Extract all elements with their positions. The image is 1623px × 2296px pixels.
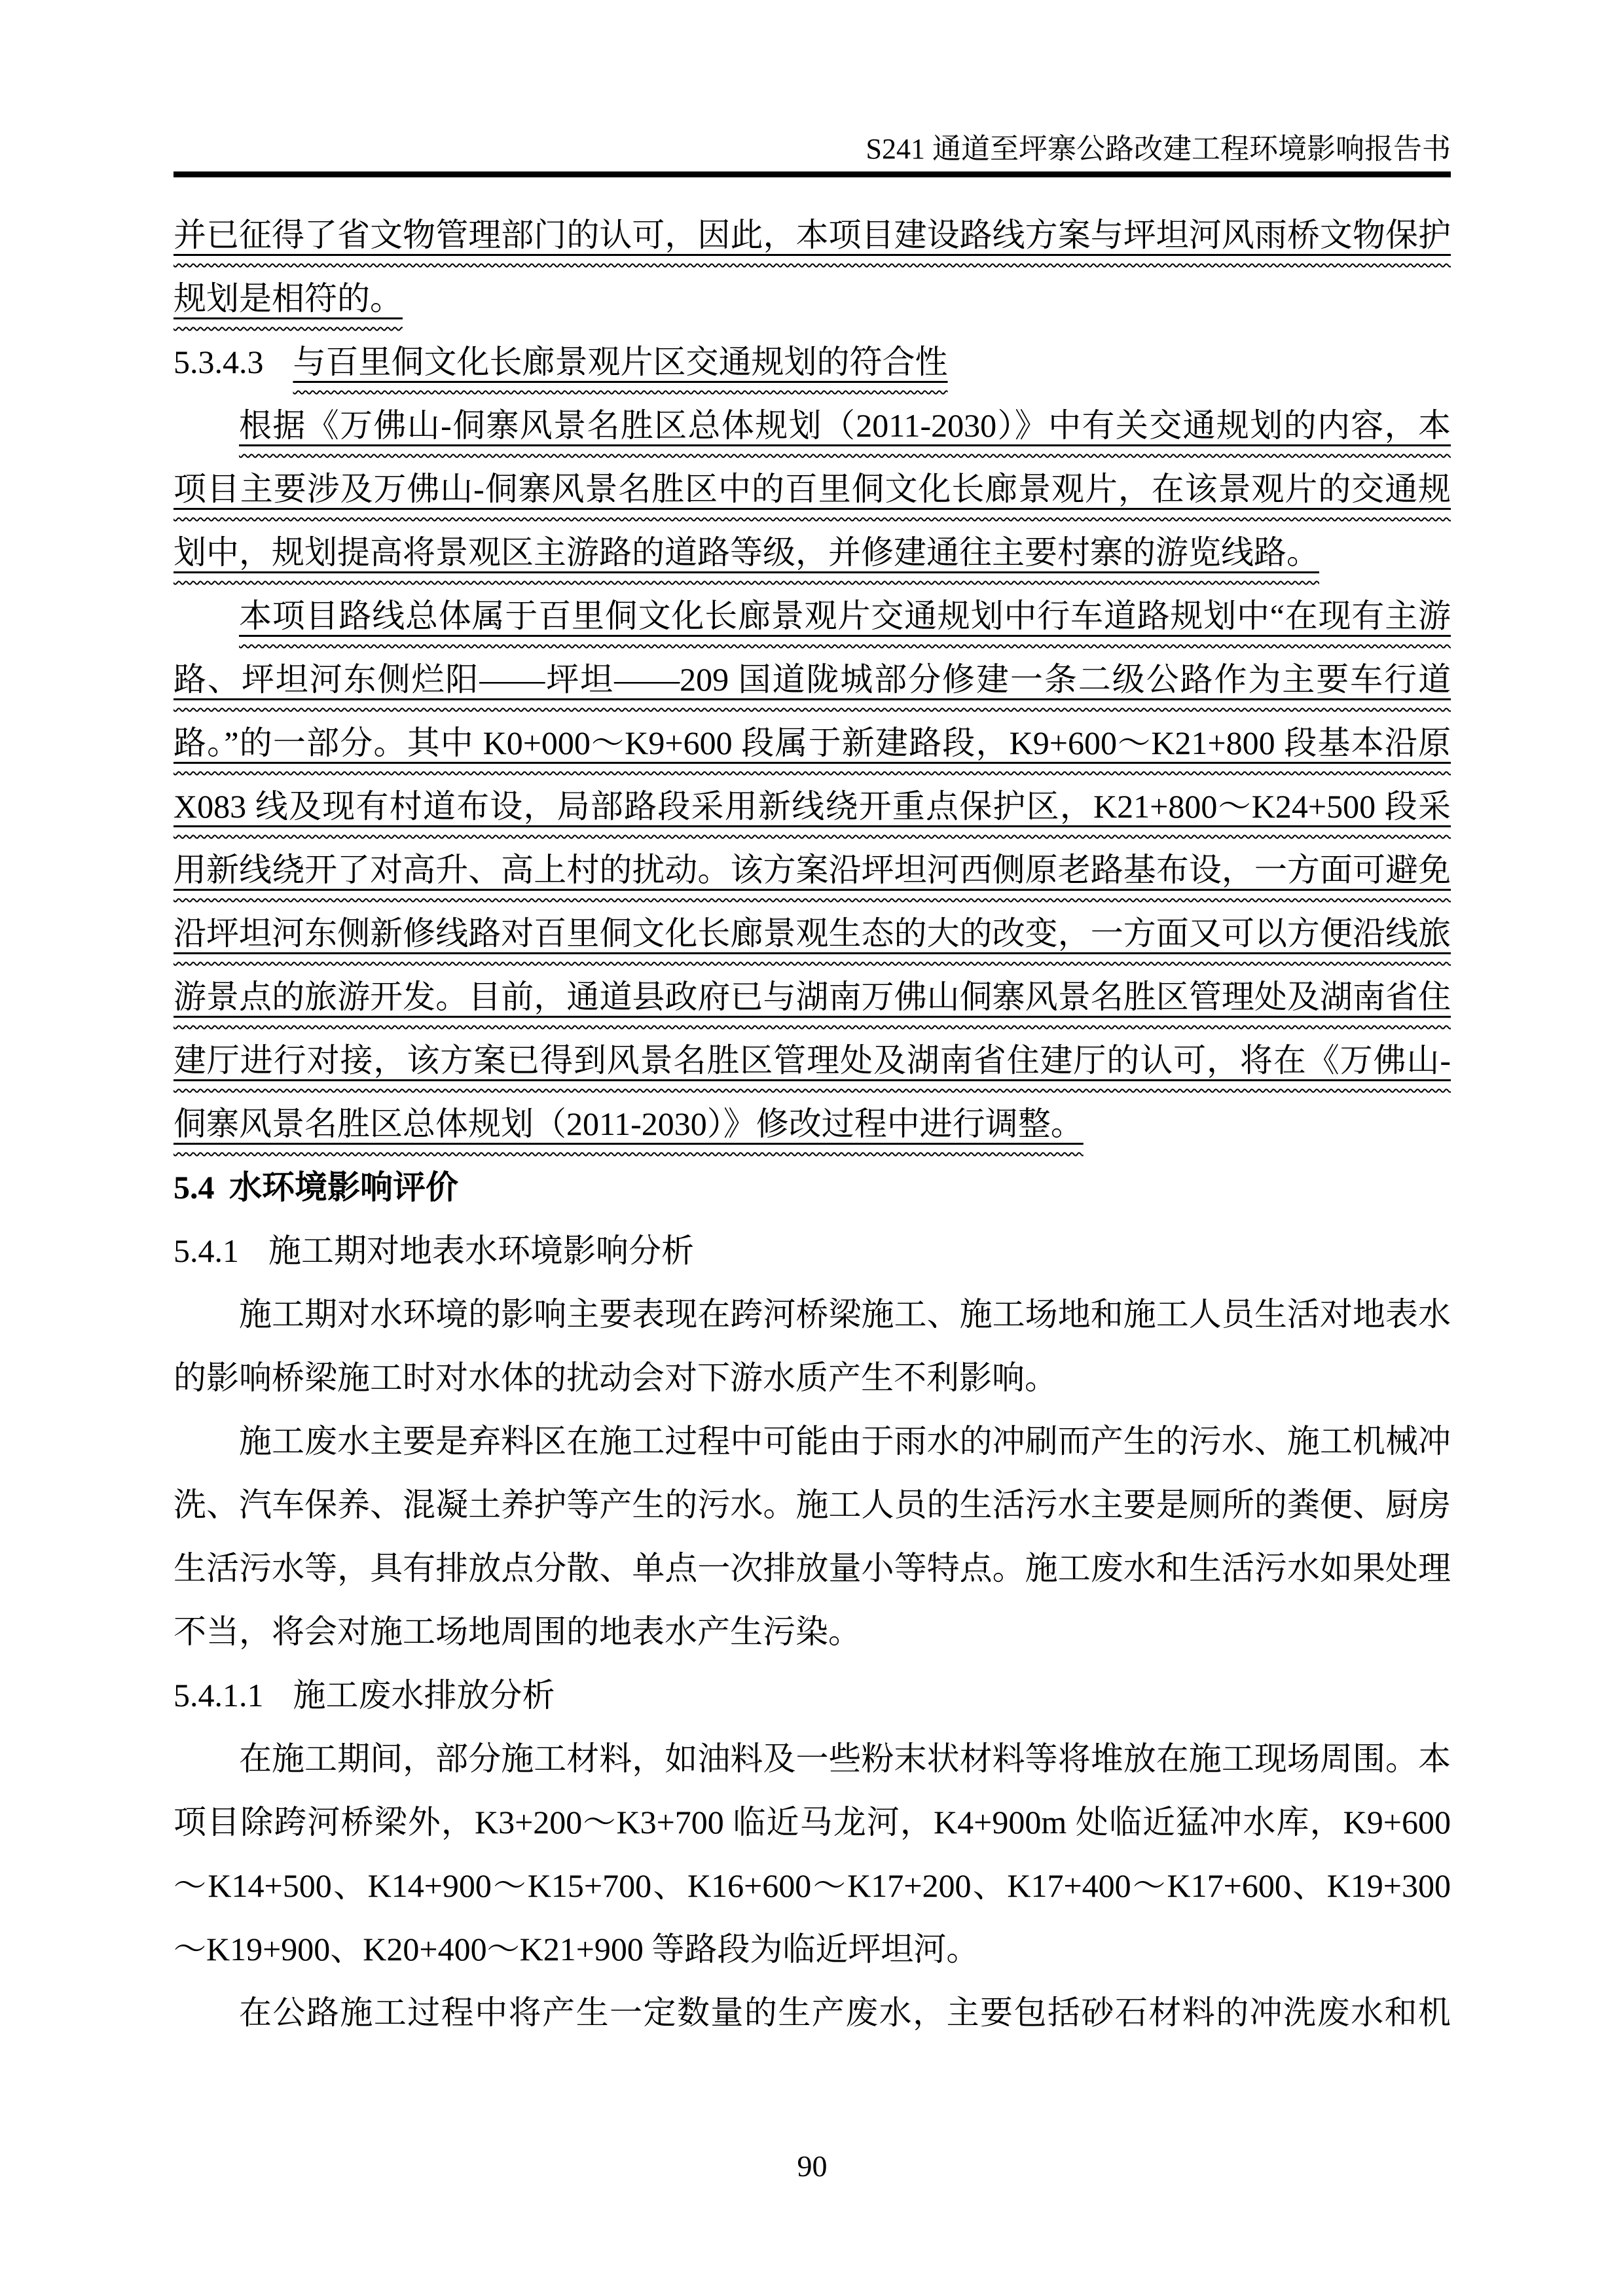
- header-rule: [173, 171, 1451, 177]
- body-paragraph: 施工期对水环境的影响主要表现在跨河桥梁施工、施工场地和施工人员生活对地表水的影响…: [173, 1283, 1451, 1410]
- inserted-text-wavy-underline: 与百里侗文化长廊景观片区交通规划的符合性: [293, 344, 948, 380]
- body-paragraph: 本项目路线总体属于百里侗文化长廊景观片交通规划中行车道路规划中“在现有主游路、坪…: [173, 584, 1451, 1156]
- document-body: 并已征得了省文物管理部门的认可，因此，本项目建设路线方案与坪坦河风雨桥文物保护规…: [173, 204, 1451, 2045]
- body-paragraph: 在施工期间，部分施工材料，如油料及一些粉末状材料等将堆放在施工现场周围。本项目除…: [173, 1727, 1451, 1981]
- heading-number: 5.3.4.3: [173, 344, 264, 380]
- page-number: 90: [797, 2149, 828, 2183]
- body-paragraph: 在公路施工过程中将产生一定数量的生产废水，主要包括砂石材料的冲洗废水和机: [173, 1981, 1451, 2045]
- body-paragraph: 施工废水主要是弃料区在施工过程中可能由于雨水的冲刷而产生的污水、施工机械冲洗、汽…: [173, 1410, 1451, 1664]
- page-footer: 90: [173, 2148, 1451, 2184]
- heading-number: 5.4: [173, 1169, 215, 1206]
- inserted-text-underline: 根据《万佛山-侗寨风景名胜区总体规划（2011-2030）》中有关交通规划的内容…: [173, 407, 1451, 571]
- section-heading-5.3.4.3: 5.3.4.3与百里侗文化长廊景观片区交通规划的符合性: [173, 331, 1451, 394]
- section-heading-5.4: 5.4水环境影响评价: [173, 1156, 1451, 1219]
- section-heading-5.4.1.1: 5.4.1.1施工废水排放分析: [173, 1664, 1451, 1727]
- heading-number: 5.4.1.1: [173, 1677, 264, 1713]
- heading-number: 5.4.1: [173, 1232, 239, 1269]
- body-paragraph: 根据《万佛山-侗寨风景名胜区总体规划（2011-2030）》中有关交通规划的内容…: [173, 394, 1451, 584]
- inserted-text-underline: 本项目路线总体属于百里侗文化长廊景观片交通规划中行车道路规划中“在现有主游路、坪…: [173, 598, 1451, 1142]
- header-title: S241 通道至坪寨公路改建工程环境影响报告书: [866, 133, 1451, 165]
- heading-title: 水环境影响评价: [229, 1169, 458, 1206]
- body-paragraph: 并已征得了省文物管理部门的认可，因此，本项目建设路线方案与坪坦河风雨桥文物保护规…: [173, 204, 1451, 331]
- document-page: S241 通道至坪寨公路改建工程环境影响报告书 并已征得了省文物管理部门的认可，…: [0, 0, 1623, 2296]
- section-heading-5.4.1: 5.4.1施工期对地表水环境影响分析: [173, 1219, 1451, 1283]
- inserted-text-wavy-underline: 根据《万佛山-侗寨风景名胜区总体规划（2011-2030）》中有关交通规划的内容…: [173, 407, 1451, 571]
- inserted-text-underline: 并已征得了省文物管理部门的认可，因此，本项目建设路线方案与坪坦河风雨桥文物保护规…: [173, 217, 1451, 317]
- inserted-text-underline: 与百里侗文化长廊景观片区交通规划的符合性: [293, 344, 948, 380]
- heading-title: 与百里侗文化长廊景观片区交通规划的符合性: [293, 344, 948, 380]
- inserted-text-wavy-underline: 并已征得了省文物管理部门的认可，因此，本项目建设路线方案与坪坦河风雨桥文物保护规…: [173, 217, 1451, 317]
- heading-title: 施工期对地表水环境影响分析: [268, 1232, 694, 1269]
- inserted-text-wavy-underline: 本项目路线总体属于百里侗文化长廊景观片交通规划中行车道路规划中“在现有主游路、坪…: [173, 598, 1451, 1142]
- page-header: S241 通道至坪寨公路改建工程环境影响报告书: [173, 131, 1451, 167]
- heading-title: 施工废水排放分析: [293, 1677, 555, 1713]
